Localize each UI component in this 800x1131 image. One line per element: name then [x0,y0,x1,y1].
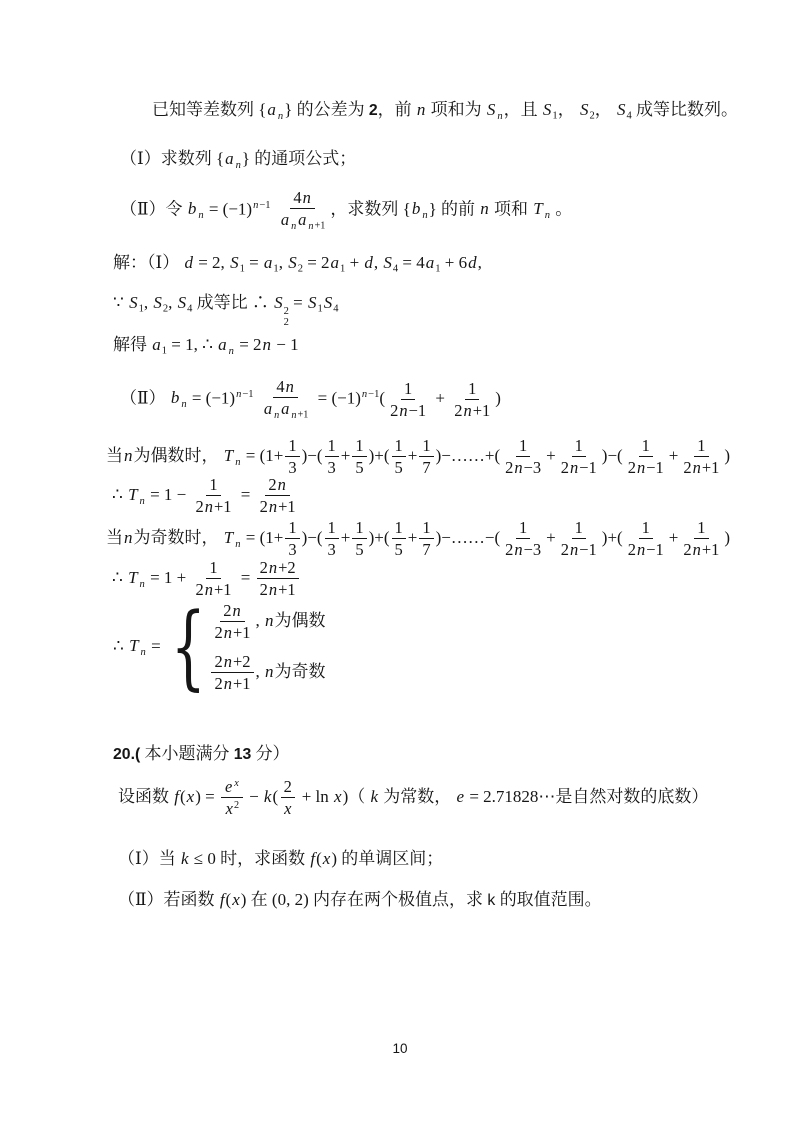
math-text: 本小题满分 [140,744,234,763]
math-text: 1 [422,518,430,537]
math-variable: T [532,199,543,218]
math-text: −1 [579,540,597,559]
fraction: exx2 [221,777,243,819]
math-text: ，前 [378,100,416,119]
denominator: 2n+1 [257,579,299,599]
solution-even-case-expansion: 当n为偶数时， Tn = (1+13)−(13+15)+(15+17)−……+(… [106,436,730,478]
math-variable: T [127,485,138,504]
denominator: 2n−3 [502,457,544,477]
math-text: 。 [551,199,572,218]
math-text: 3 [328,458,336,477]
math-text: + [408,528,418,547]
math-variable: n [123,528,134,547]
solution-piecewise-result: ∴ Tn = {2n2n+1, n为偶数2n+22n+1, n为奇数 [113,601,326,694]
piecewise-cases: {2n2n+1, n为偶数2n+22n+1, n为奇数 [165,601,326,694]
math-text: 4 [333,304,338,315]
numerator: 1 [325,518,339,539]
math-variable: a [266,100,277,119]
denominator: 5 [392,457,406,477]
math-text: = 2, [194,253,229,272]
math-text: 为奇数 [275,661,326,684]
math-text: 1 [328,436,336,455]
denominator: x2 [222,798,242,818]
subscript: n+1 [307,221,325,232]
math-text: )（ [343,787,370,806]
math-text: = [289,293,307,312]
math-text: 5 [395,458,403,477]
math-text: （Ⅱ） [120,388,170,407]
math-text: 2 [561,540,569,559]
math-text: 2 [214,652,222,671]
fraction: 12n−1 [387,379,429,421]
math-text: , [279,253,288,272]
math-variable: S [486,100,497,119]
math-text: ) 的单调区间； [331,849,443,868]
fraction: 13 [325,518,339,560]
math-variable: x [225,799,234,818]
problem20-heading: 20.( 本小题满分 13 分） [113,743,290,766]
math-text: 3 [288,540,296,559]
fraction: 17 [419,518,433,560]
math-text: 2 [561,458,569,477]
math-text: } 的公差为 [284,100,369,119]
math-text: ， [558,100,579,119]
subscript: n [496,111,503,122]
math-text: （Ⅱ）若函数 [118,890,219,909]
math-variable: a [297,210,307,229]
math-text: } 的前 [429,199,480,218]
math-text: 1 [355,518,363,537]
math-variable: n [235,160,242,171]
math-text: = 1, ∴ [167,335,217,354]
math-text: 1 [209,558,217,577]
numerator: 1 [694,436,708,457]
subscript: n [180,399,187,410]
denominator: 2n+1 [211,673,253,693]
math-variable: a [330,253,341,272]
bold-number-text: 13 [234,746,252,763]
superscript: n−1 [252,200,270,211]
math-variable: T [127,568,138,587]
fraction: 15 [392,518,406,560]
math-text: = 4 [398,253,425,272]
math-variable: n [636,458,646,477]
math-text: 2 [683,458,691,477]
math-variable: x [322,849,332,868]
bold-number-text: 2 [369,102,378,119]
math-text: + 6 [441,253,468,272]
math-text: +2 [278,558,296,577]
math-variable: n [307,221,314,232]
fraction: 17 [419,436,433,478]
math-variable: e [456,787,466,806]
math-text: )+( [369,446,390,465]
math-text: 2 [284,317,289,328]
math-variable: n [569,540,579,559]
cases-row: 2n2n+1, n为偶数 [209,601,325,643]
numerator: 1 [419,518,433,539]
math-variable: n [223,623,233,642]
numerator: 1 [285,436,299,457]
math-text: （Ⅰ）求数列 { [120,149,224,168]
math-variable: n [569,458,579,477]
math-variable: e [224,777,233,796]
math-text: −1 [579,458,597,477]
subscript: n [421,210,428,221]
fraction: 12n+1 [680,436,722,478]
math-text: = (−1) [205,199,253,218]
numerator: 1 [206,475,220,496]
math-text: −1 [259,200,270,211]
math-text: 设函数 [118,787,173,806]
fraction: 12n−1 [558,518,600,560]
math-text: = 2 [303,253,330,272]
numerator: 2 [281,777,295,798]
math-variable: a [280,399,290,418]
math-variable: S [616,100,627,119]
math-text: −1 [368,389,379,400]
math-text: 1 [519,518,527,537]
math-text: 5 [355,458,363,477]
math-text: 2 [214,674,222,693]
denominator: 3 [285,539,299,559]
math-text: 当 [106,528,123,547]
math-variable: n [268,558,278,577]
math-text: 1 [395,436,403,455]
numerator: 1 [392,518,406,539]
fraction: 15 [392,436,406,478]
fraction: 2n2n+1 [211,601,253,643]
math-text: 7 [422,458,430,477]
sans-text: k [483,892,500,909]
math-variable: n [140,647,147,658]
fraction: 2n2n+1 [257,475,299,517]
subscript: n [140,647,147,658]
fraction: 2x [280,777,295,819]
math-text: ≤ 0 时，求函数 [190,849,310,868]
math-variable: x [186,787,196,806]
math-text: + [669,446,679,465]
numerator: 1 [516,518,530,539]
math-text: +1 [473,401,491,420]
math-variable: S [273,293,284,312]
math-text: ( [272,787,278,806]
math-text: 5 [355,540,363,559]
math-variable: S [323,293,334,312]
math-variable: x [333,787,343,806]
numerator: 1 [401,379,415,400]
fraction: 4nanan+1 [260,377,312,422]
fraction: 12n−1 [625,436,667,478]
math-text: 解得 [113,335,151,354]
math-text: ( [180,787,186,806]
math-text: −3 [524,458,542,477]
math-variable: n [290,410,297,421]
denominator: 7 [419,457,433,477]
fraction: 15 [352,436,366,478]
math-text: 成等比数列。 [632,100,738,119]
math-text: = (1+ [241,446,283,465]
numerator: 1 [516,436,530,457]
numerator: 1 [325,436,339,457]
numerator: 1 [572,436,586,457]
math-text: , [478,253,482,272]
math-text: ，且 [504,100,542,119]
math-text: ∵ [113,293,128,312]
math-text: + [345,253,363,272]
math-variable: n [496,111,503,122]
solution-part1-step1: 解：（Ⅰ） d = 2, S1 = a1, S2 = 2a1 + d, S4 =… [113,252,482,277]
solution-even-case-result: ∴ Tn = 1 − 12n+1 = 2n2n+1 [112,475,301,517]
math-variable: S [542,100,553,119]
problem20-part1-question: （Ⅰ）当 k ≤ 0 时，求函数 f(x) 的单调区间； [118,848,443,871]
math-text: + ln [297,787,333,806]
math-text: 2 [214,623,222,642]
fraction: 12n+1 [193,475,235,517]
math-text: 1 [519,436,527,455]
numerator: 1 [572,518,586,539]
math-text: = 1 − [146,485,191,504]
subscript: n+1 [290,410,308,421]
math-variable: x [283,799,292,818]
math-variable: d [467,253,478,272]
math-variable: n [544,210,551,221]
math-text: 1 [697,436,705,455]
denominator: 5 [352,457,366,477]
math-variable: T [223,446,234,465]
math-text: } 的通项公式； [242,149,356,168]
math-text: 2 [260,580,268,599]
math-variable: n [139,496,146,507]
math-text: 2 [196,497,204,516]
math-text: = 2.71828⋯是自然对数的底数） [465,787,708,806]
denominator: 2n−1 [558,539,600,559]
math-variable: f [173,787,180,806]
fraction: 2n+22n+1 [211,652,253,694]
subscript: 4 [333,304,338,315]
solution-odd-case-result: ∴ Tn = 1 + 12n+1 = 2n+22n+1 [112,558,301,600]
math-text: + [341,528,351,547]
math-text: − 1 [272,335,299,354]
math-variable: a [217,335,228,354]
math-text: = [237,568,255,587]
math-text: +1 [278,497,296,516]
math-variable: d [183,253,194,272]
denominator: 2n−3 [502,539,544,559]
math-text: = [237,485,255,504]
math-text: )−( [302,528,323,547]
math-variable: n [277,475,287,494]
math-text: 1 [642,518,650,537]
numerator: 1 [639,518,653,539]
denominator: 2n+1 [680,539,722,559]
cases-row: 2n+22n+1, n为奇数 [209,652,325,694]
denominator: 2n−1 [625,457,667,477]
math-text: 1 [422,436,430,455]
math-text: +1 [278,580,296,599]
math-text: , [256,610,265,633]
math-text: −1 [646,540,664,559]
math-text: +1 [702,458,720,477]
numerator: 1 [352,518,366,539]
denominator: 2n+1 [257,496,299,516]
left-brace: { [171,606,206,689]
denominator: 5 [352,539,366,559]
math-text: ，求数列 { [330,199,410,218]
math-text: +1 [315,221,326,232]
solution-part2-bn-formula: （Ⅱ） bn = (−1)n−1 4nanan+1 = (−1)n−1(12n−… [120,377,501,422]
math-text: 1 [404,379,412,398]
superscript: n−1 [361,389,379,400]
document-page: 已知等差数列 {an} 的公差为 2，前 n 项和为 Sn，且 S1， S2， … [0,0,800,1131]
math-variable: d [363,253,374,272]
math-variable: n [513,458,523,477]
fraction: 13 [285,518,299,560]
superscript: n−1 [235,389,253,400]
math-text: −1 [646,458,664,477]
math-text: 1 [209,475,217,494]
math-text: ) [724,528,730,547]
denominator: 2n−1 [625,539,667,559]
math-text: 2 [260,558,268,577]
math-text: 2 [628,458,636,477]
math-text: 2 [284,777,292,796]
math-variable: S [579,100,590,119]
math-variable: n [262,335,273,354]
math-text: 的取值范围。 [500,890,602,909]
numerator: 2n+2 [257,558,299,579]
math-text: = (−1) [313,388,361,407]
subscript: n [235,160,242,171]
denominator: 2n+1 [193,496,235,516]
denominator: x [280,798,295,818]
math-text: )+( [602,528,623,547]
math-text: 1 [395,518,403,537]
math-text: )−( [302,446,323,465]
math-variable: n [264,610,275,633]
solution-part1-step2: ∵ S1, S2, S4 成等比 ∴ S22 = S1S4 [113,292,339,328]
fraction: 12n−3 [502,436,544,478]
math-text: 分） [251,744,289,763]
math-text: +1 [214,497,232,516]
superscript: x [233,778,240,789]
math-variable: a [280,210,290,229]
math-text [254,388,258,407]
math-variable: x [231,890,241,909]
numerator: 1 [392,436,406,457]
solution-part1-result: 解得 a1 = 1, ∴ an = 2n − 1 [113,334,299,359]
numerator: 2n+2 [211,652,253,673]
math-text: +1 [233,674,251,693]
math-variable: f [219,890,226,909]
numerator: 4n [290,188,315,209]
math-text: 1 [468,379,476,398]
math-variable: T [128,636,139,655]
math-text: 1 [288,436,296,455]
math-text: 项和 [490,199,533,218]
math-text: ( [379,388,385,407]
math-variable: n [204,497,214,516]
denominator: 2n+1 [680,457,722,477]
math-text: , [168,293,177,312]
math-text: 2 [628,540,636,559]
denominator: anan+1 [277,209,329,233]
math-text: ， [595,100,616,119]
numerator: ex [221,777,243,798]
math-text: −1 [409,401,427,420]
math-text: + [341,446,351,465]
math-variable: a [224,149,235,168]
math-text: + [408,446,418,465]
subscript: n [544,210,551,221]
numerator: 1 [206,558,220,579]
math-text: 已知等差数列 { [152,100,266,119]
math-variable: n [692,540,702,559]
math-variable: S [307,293,318,312]
math-variable: n [513,540,523,559]
math-variable: n [231,601,241,620]
math-variable: n [180,399,187,410]
math-text: ∴ [113,636,128,655]
math-variable: b [187,199,198,218]
bold-number-text: 20.( [113,746,140,763]
fraction: 12n−1 [558,436,600,478]
math-text: ∴ [112,485,127,504]
math-text: , [256,661,265,684]
math-text: 1 [317,304,322,315]
numerator: 1 [352,436,366,457]
subscript-part: 2 [284,317,289,328]
math-text: )−……−( [436,528,501,547]
math-variable: n [123,446,134,465]
math-variable: n [398,401,408,420]
fraction: 13 [285,436,299,478]
math-variable: n [223,652,233,671]
math-text: 1 [355,436,363,455]
math-text: + [546,446,556,465]
math-variable: n [636,540,646,559]
cases-rows: 2n2n+1, n为偶数2n+22n+1, n为奇数 [209,601,325,694]
math-variable: n [302,188,312,207]
math-variable: n [264,661,275,684]
math-variable: a [151,335,162,354]
denominator: 3 [325,539,339,559]
math-text: ) 在 (0, 2) 内存在两个极值点，求 [241,890,483,909]
denominator: 2n−1 [558,457,600,477]
math-text: = [245,253,263,272]
math-text: )−( [602,446,623,465]
fraction: 13 [325,436,339,478]
fraction: 15 [352,518,366,560]
subscript: 1 [317,304,322,315]
problem19-part2-question: （Ⅱ）令 bn = (−1)n−1 4nanan+1，求数列 {bn} 的前 n… [120,188,572,233]
math-text: = 1 + [146,568,191,587]
math-variable: n [462,401,472,420]
math-text: ) [724,446,730,465]
math-variable: S [177,293,188,312]
math-variable: n [421,210,428,221]
problem20-part2-question: （Ⅱ）若函数 f(x) 在 (0, 2) 内存在两个极值点，求 k 的取值范围。 [118,889,602,912]
math-text: = (−1) [188,388,236,407]
subscript: n [228,346,235,357]
math-variable: n [416,100,427,119]
math-variable: S [152,293,163,312]
math-text: 4 [293,188,301,207]
math-variable: n [268,580,278,599]
math-text: +1 [214,580,232,599]
math-text: 为常数， [379,787,456,806]
math-text: )−……+( [436,446,501,465]
